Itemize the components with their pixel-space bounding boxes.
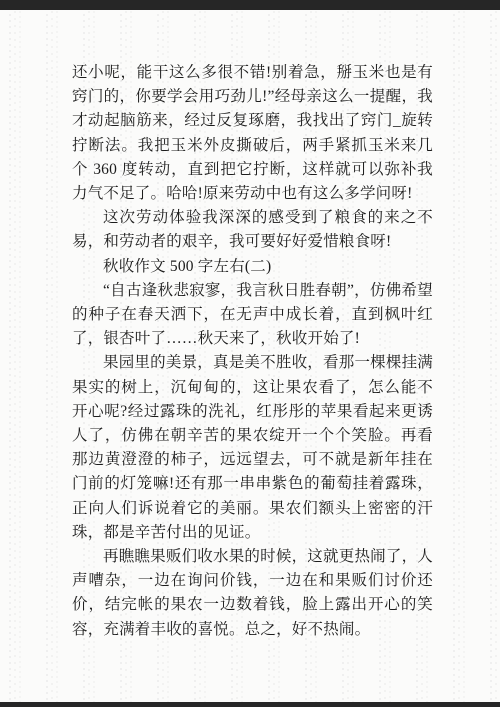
top-border-bar bbox=[0, 0, 500, 10]
paragraph: 再瞧瞧果贩们收水果的时候，这就更热闹了，人声嘈杂，一边在询问价钱，一边在和果贩们… bbox=[72, 545, 433, 641]
paragraph: “自古逢秋悲寂寥，我言秋日胜春朝”，仿佛希望的种子在春天洒下，在无声中成长着，直… bbox=[72, 279, 433, 352]
paragraph: 还小呢，能干这么多很不错!别着急，掰玉米也是有窍门的，你要学会用巧劲儿!”经母亲… bbox=[72, 61, 433, 206]
paragraph: 秋收作文 500 字左右(二) bbox=[72, 255, 433, 279]
paragraph: 这次劳动体验我深深的感受到了粮食的来之不易，和劳动者的艰辛，我可要好好爱惜粮食呀… bbox=[72, 206, 433, 254]
bottom-border-bar bbox=[0, 702, 500, 707]
paragraph: 果园里的美景，真是美不胜收，看那一棵棵挂满果实的树上，沉甸甸的，这让果农看了，怎… bbox=[72, 351, 433, 545]
essay-text: 还小呢，能干这么多很不错!别着急，掰玉米也是有窍门的，你要学会用巧劲儿!”经母亲… bbox=[72, 61, 433, 641]
document-page: 还小呢，能干这么多很不错!别着急，掰玉米也是有窍门的，你要学会用巧劲儿!”经母亲… bbox=[0, 0, 500, 707]
